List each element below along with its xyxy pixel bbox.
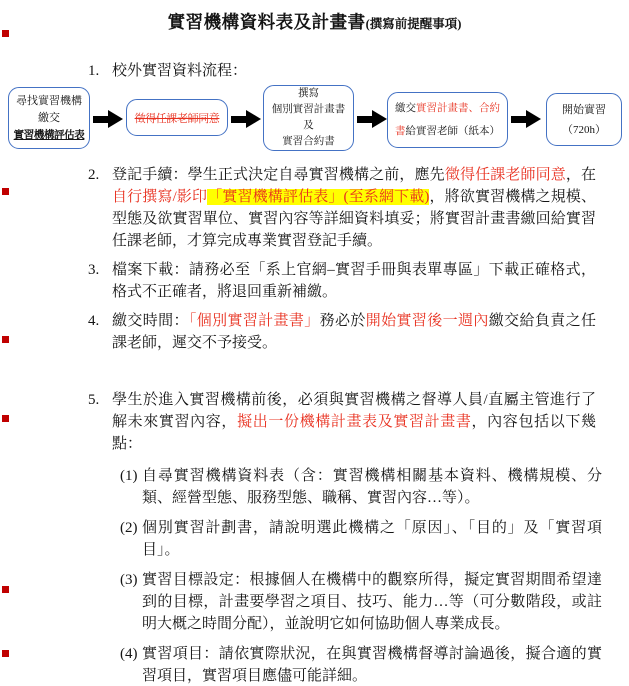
flow-step-text: 個別實習計畫書	[272, 102, 346, 118]
revision-marker-icon	[2, 336, 9, 343]
title-main: 實習機構資料表及計畫書	[168, 12, 366, 32]
revision-marker-icon	[2, 586, 9, 593]
revision-marker-icon	[2, 415, 9, 422]
flowchart: 尋找實習機構 繳交 實習機構評估表 徵得任課老師同意 撰寫 個別實習計畫書 及 …	[0, 84, 629, 164]
sub-item-2: (2) 個別實習計劃書，請說明選此機構之「原因」、「目的」及「實習項目」。	[120, 517, 629, 561]
sub-item-text: 個別實習計劃書，請說明選此機構之「原因」、「目的」及「實習項目」。	[142, 517, 602, 561]
arrow-right-icon	[231, 110, 261, 128]
flow-step-teacher-consent: 徵得任課老師同意	[126, 99, 228, 136]
revision-marker-icon	[2, 30, 9, 37]
sub-item-number: (3)	[120, 569, 142, 635]
text-segment-red: 自行撰寫/影印	[112, 189, 207, 205]
sub-item-4: (4) 實習項目：請依實際狀況，在與實習機構督導討論過後，擬合適的實習項目，實習…	[120, 643, 629, 686]
text-segment: 繳交	[395, 103, 416, 114]
item-number: 2.	[88, 164, 112, 252]
revision-marker-icon	[2, 650, 9, 657]
text-segment: 務必於	[320, 313, 366, 329]
text-segment-red: 開始實習後一週內	[366, 313, 489, 329]
item-text: 登記手續：學生正式決定自尋實習機構之前，應先徵得任課老師同意，在自行撰寫/影印「…	[112, 164, 596, 252]
text-segment: 登記手續：學生正式決定自尋實習機構之前，應先	[112, 167, 445, 183]
sub-item-text: 實習目標設定：根據個人在機構中的觀察所得，擬定實習期間希望達到的目標，計畫要學習…	[142, 569, 602, 635]
flow-step-write-plan: 撰寫 個別實習計畫書 及 實習合約書	[263, 85, 354, 151]
text-segment: ，在	[566, 167, 596, 183]
item-number: 3.	[88, 259, 112, 303]
sub-item-3: (3) 實習目標設定：根據個人在機構中的觀察所得，擬定實習期間希望達到的目標，計…	[120, 569, 629, 635]
arrow-right-icon	[357, 110, 387, 128]
document-page: 實習機構資料表及計畫書(撰寫前提醒事項) 1. 校外實習資料流程： 尋找實習機構…	[0, 0, 629, 686]
item-text: 檔案下載：請務必至「系上官網–實習手冊與表單專區」下載正確格式，格式不正確者，將…	[112, 259, 596, 303]
sub-item-text: 實習項目：請依實際狀況，在與實習機構督導討論過後，擬合適的實習項目，實習項目應儘…	[142, 643, 602, 686]
flow-step-text: 及	[303, 118, 314, 134]
sub-item-number: (2)	[120, 517, 142, 561]
flow-step-text: 開始實習	[562, 100, 606, 120]
flow-step-submit-plan: 繳交實習計畫書、合約書給實習老師（紙本）	[387, 92, 508, 148]
arrow-right-icon	[511, 110, 541, 128]
flow-step-text: 尋找實習機構	[16, 93, 82, 110]
revision-marker-icon	[2, 188, 9, 195]
text-segment: 給實習老師（紙本）	[406, 126, 501, 137]
list-item-1: 1. 校外實習資料流程：	[88, 60, 629, 82]
item-text: 學生於進入實習機構前後，必須與實習機構之督導人員/直屬主管進行了解未來實習內容，…	[112, 389, 596, 455]
text-segment: 繳交時間：	[112, 313, 189, 329]
sub-item-number: (1)	[120, 465, 142, 509]
item-number: 5.	[88, 389, 112, 455]
title-subtitle: (撰寫前提醒事項)	[366, 17, 462, 31]
flow-step-text-bold: 實習機構評估表	[14, 127, 85, 144]
list-item-2: 2. 登記手續：學生正式決定自尋實習機構之前，應先徵得任課老師同意，在自行撰寫/…	[88, 164, 629, 252]
flow-step-text: 繳交實習計畫書、合約書給實習老師（紙本）	[392, 97, 503, 143]
item-number: 1.	[88, 60, 112, 82]
arrow-right-icon	[93, 110, 123, 128]
page-title: 實習機構資料表及計畫書(撰寫前提醒事項)	[0, 0, 629, 34]
flow-step-text: 實習合約書	[282, 134, 335, 150]
list-item-5: 5. 學生於進入實習機構前後，必須與實習機構之督導人員/直屬主管進行了解未來實習…	[88, 389, 629, 455]
flow-step-find-institution: 尋找實習機構 繳交 實習機構評估表	[8, 87, 90, 149]
list-item-3: 3. 檔案下載：請務必至「系上官網–實習手冊與表單專區」下載正確格式，格式不正確…	[88, 259, 629, 303]
text-segment-highlighted: 「實習機構評估表」(至系網下載)	[207, 189, 429, 205]
flow-step-text: 撰寫	[298, 86, 319, 102]
flow-step-text: （720h）	[562, 120, 606, 140]
item-number: 4.	[88, 310, 112, 354]
list-item-4: 4. 繳交時間：「個別實習計畫書」務必於開始實習後一週內繳交給負責之任課老師，遲…	[88, 310, 629, 354]
item-text: 繳交時間：「個別實習計畫書」務必於開始實習後一週內繳交給負責之任課老師，遲交不予…	[112, 310, 596, 354]
sub-item-number: (4)	[120, 643, 142, 686]
text-segment-red: 擬出一份機構計畫表及實習計畫書	[237, 414, 471, 430]
flow-step-text: 繳交	[38, 110, 60, 127]
text-segment-red: 徵得任課老師同意	[445, 167, 566, 183]
sub-item-text: 自尋實習機構資料表（含：實習機構相關基本資料、機構規模、分類、經營型態、服務型態…	[142, 465, 602, 509]
flow-step-text-strikethrough: 徵得任課老師同意	[135, 110, 220, 126]
text-segment-red: 「個別實習計畫書」	[189, 313, 320, 329]
flow-step-start-internship: 開始實習 （720h）	[546, 93, 622, 146]
flowchart-heading: 校外實習資料流程：	[112, 60, 596, 82]
sub-item-1: (1) 自尋實習機構資料表（含：實習機構相關基本資料、機構規模、分類、經營型態、…	[120, 465, 629, 509]
